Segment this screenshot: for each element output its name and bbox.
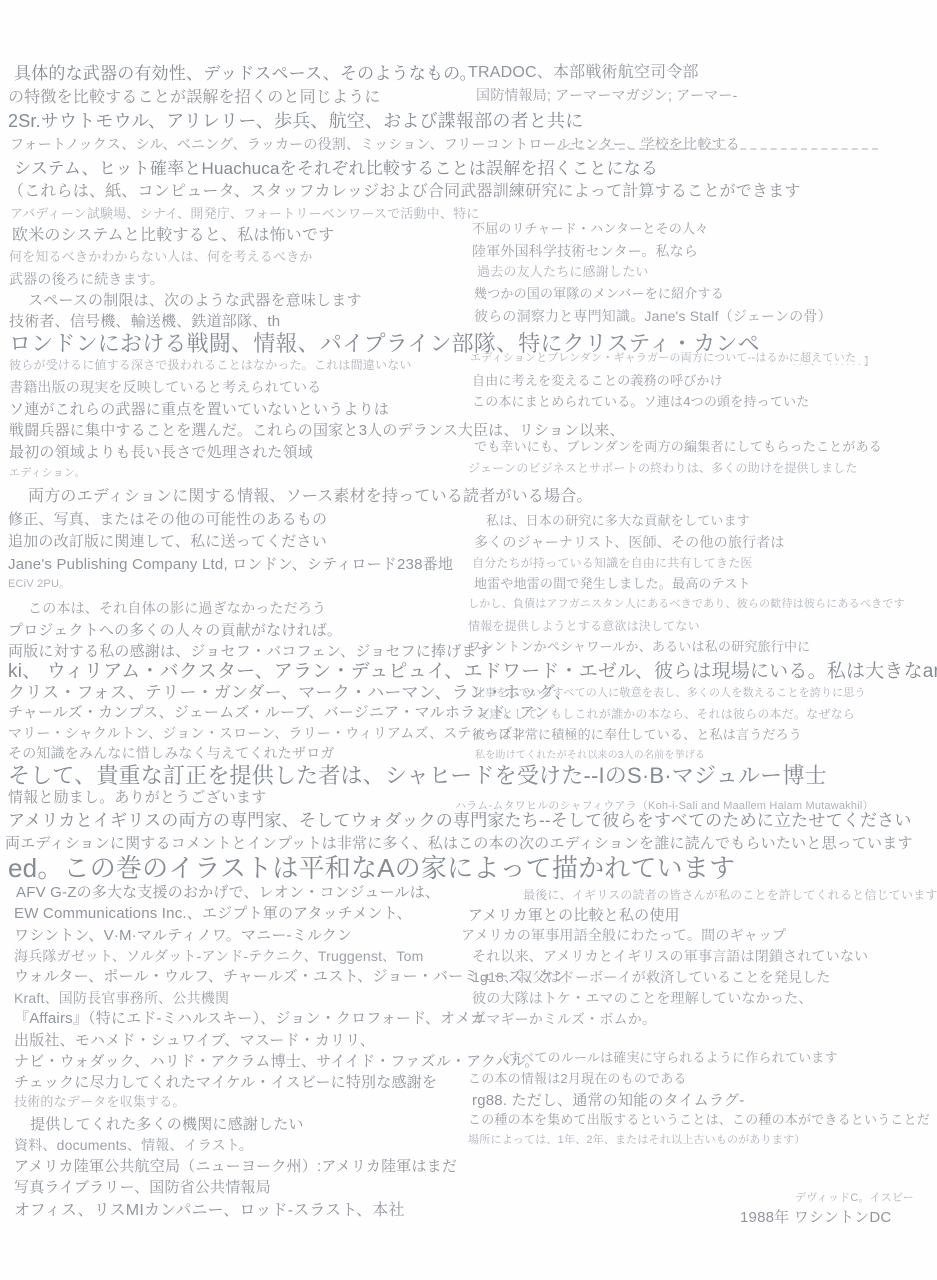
- text-line: 資料、documents、情報、イラスト。: [14, 1137, 253, 1153]
- text-line: 幾つかの国の軍隊のメンバーをに紹介する: [474, 287, 724, 302]
- text-line: アメリカ軍との比較と私の使用: [468, 907, 680, 924]
- text-line: プロジェクトへの多くの人々の貢献がなければ。: [8, 622, 342, 639]
- text-line: TRADOC、本部戦術航空司令部: [468, 64, 699, 82]
- text-line: 何を知るべきかわからない人は、何を考えるべきか: [9, 250, 313, 265]
- text-line: チェックに尽力してくれたマイケル・イスビーに特別な感謝を: [14, 1074, 437, 1091]
- text-line: 両エディションに関するコメントとインプットは非常に多く、私はこの本の次のエディシ…: [5, 835, 913, 852]
- text-line: 技術的なデータを収集する。: [14, 1095, 186, 1110]
- text-line: この本にまとめられている。ソ連は4つの頭を持っていた: [472, 395, 809, 410]
- text-line: 仕事をしているすべての人に敬意を表し、多くの人を数えることを誇りに思う: [474, 687, 866, 700]
- text-line: 情報を提供しようとする意欲は決してない: [468, 620, 700, 634]
- text-line: 欧米のシステムと比較すると、私は怖いです: [12, 227, 334, 245]
- text-line: 私は、日本の研究に多大な貢献をしています: [486, 514, 750, 529]
- text-line: 具体的な武器の有効性、デッドスペース、そのようなもの。: [14, 64, 477, 84]
- text-line: その知識をみんなに惜しみなく与えてくれたザロガ: [8, 745, 335, 761]
- text-line: 2Sr.サウトモウル、アリレリー、歩兵、航空、および諜報部の者と共に: [8, 111, 583, 132]
- text-line: 追加の改訂版に関連して、私に送ってください: [8, 533, 327, 550]
- text-line: アメリカとイギリスの両方の専門家、そしてウォダックの専門家たち--そして彼らをす…: [8, 811, 912, 831]
- text-line: 提供してくれた多くの機関に感謝したい: [30, 1116, 304, 1133]
- text-line: 最初の領域よりも長い長さで処理された領域: [9, 444, 313, 461]
- text-line: Kraft、国防長官事務所、公共機関: [14, 990, 229, 1006]
- text-line: 過去の友人たちに感謝したい: [477, 265, 649, 280]
- text-line: アメリカ陸軍公共航空局（ニューヨーク州）:アメリカ陸軍はまだ: [14, 1158, 457, 1175]
- text-line: 彼らは非常に積極的に奉仕している、と私は言うだろう: [472, 728, 802, 743]
- text-line: 1988年 ワシントンDC: [740, 1209, 891, 1226]
- text-line: ナビ・ウォダック、ハリド・アクラム博士、サイイド・ファズル・アクバル。: [14, 1053, 540, 1070]
- text-line: rg88. ただし、通常の知能のタイムラグ-: [472, 1092, 744, 1109]
- text-line: この本の情報は2月現在のものである: [468, 1072, 687, 1087]
- text-line: 不屈のリチャード・ハンターとその人々: [472, 222, 708, 237]
- text-line: 自分たちが持っている知識を自由に共有してきた医: [472, 557, 753, 571]
- text-line: アメリカの軍事用語全般にわたって。間のギャップ: [461, 927, 786, 943]
- text-line: 海兵隊ガゼット、ソルダット-アンド-テクニク、Truggenst、Tom: [14, 948, 423, 964]
- text-line: それ以来、アメリカとイギリスの軍事言語は閉鎖されていない: [472, 948, 868, 964]
- text-line: 技術者、信号機、輸送機、鉄道部隊、th: [9, 313, 280, 330]
- text-line: （これらは、紙、コンピュータ、スタッフカレッジおよび合同武器訓練研究によって計算…: [8, 183, 801, 201]
- text-line: チャールズ・カンプス、ジェームズ・ルーブ、バージニア・マルホランド、アン: [8, 704, 549, 721]
- text-line: ワシントン、V·M·マルティノワ。マニー-ミルクン: [14, 927, 352, 944]
- text-line: 地雷や地雷の間で発生しました。最高のテスト: [474, 577, 751, 592]
- text-line: 『Affairs』（特にエド-ミハルスキー）、ジョン・クロフォード、オメガ: [14, 1010, 486, 1027]
- scanned-page: 具体的な武器の有効性、デッドスペース、そのようなもの。の特徴を比較することが誤解…: [0, 0, 937, 1280]
- text-line: 国防情報局; アーマーマガジン; アーマー-: [476, 87, 737, 103]
- text-line: しかし、負債はアフガニスタン人にあるべきであり、彼らの歓待は彼らにあるべきです: [468, 598, 905, 611]
- text-line: （すべてのルールは確実に守られるように作られています: [495, 1051, 838, 1066]
- text-line: アバディーン試験場、シナイ、開発庁、フォートリーベンワースで活動中、特に: [10, 207, 479, 222]
- text-line: Jane's Publishing Company Ltd, ロンドン、シティロ…: [8, 556, 453, 573]
- text-line: 最後に、イギリスの読者の皆さんが私のことを許してくれると信じています: [523, 889, 937, 903]
- text-line: の特徴を比較することが誤解を招くのと同じように: [8, 89, 381, 107]
- text-line: 彼らの洞察力と専門知識。Jane's Stalf（ジェーンの骨）: [474, 308, 832, 324]
- text-line: ki、 ウィリアム・バクスター、アラン・デュピュイ、エドワード・エゼル、彼らは現…: [8, 661, 937, 683]
- text-line: 両版に対する私の感謝は、ジョセフ・バコフェン、ジョセフに捧げます: [8, 643, 492, 660]
- text-line: 書籍出版の現実を反映していると考えられている: [9, 379, 321, 395]
- text-line: でも幸いにも、ブレンダンを両方の編集者にしてもらったことがある: [474, 440, 882, 455]
- text-line: エディション。: [9, 467, 85, 480]
- text-line: 修正、写真、またはその他の可能性のあるもの: [8, 511, 327, 528]
- text-line: 場所によっては、1年、2年、またはそれ以上古いものがあります）: [468, 1134, 805, 1147]
- text-line: ソ連がこれらの武器に重点を置いていないというよりは: [9, 401, 389, 418]
- text-line: 陸軍外国科学技術センター。私なら: [472, 243, 698, 259]
- text-line: 多くのジャーナリスト、医師、その他の旅行者は: [474, 534, 785, 550]
- text-line: 情報と励まし。ありがとうございます: [8, 789, 266, 806]
- text-line: 1g18、叔父はドーボーイが救済していることを発見した: [472, 969, 831, 985]
- text-line: この種の本を集めて出版するということは、この種の本ができるということだ: [468, 1113, 930, 1128]
- text-line: そして、貴重な訂正を提供した者は、シャヒードを受けた--IのS·B·マジュルー博…: [8, 763, 827, 788]
- text-line: マリー・シャクルトン、ジョン・スローン、ラリー・ウィリアムズ、スティーブン: [8, 725, 526, 741]
- text-line: 彼の大隊はトケ・エマのことを理解していなかった、: [472, 990, 813, 1006]
- text-line: 写真ライブラリー、国防省公共情報局: [14, 1179, 271, 1196]
- text-line: 私を助けてくれたがそれ以来の3人の名前を挙げる: [475, 750, 705, 762]
- text-line: スペースの制限は、次のような武器を意味します: [28, 292, 362, 309]
- text-line: 戦闘兵器に集中することを選んだ。これらの国家と3人のデランス大臣は、リション以来…: [9, 422, 625, 439]
- text-line: ワシントンかペシャワールか、あるいは私の研究旅行中に: [468, 640, 810, 655]
- text-line: 自由に考えを変えることの義務の呼びかけ: [472, 374, 723, 389]
- text-line: 友達として。もしこれが誰かの本なら、それは彼らの本だ。なぜなら: [477, 708, 855, 722]
- text-line: 彼らが受けるに値する深さで扱われることはなかった。これは間違いない: [9, 359, 412, 373]
- text-line: EW Communications Inc.、エジプト軍のアタッチメント、: [14, 905, 412, 922]
- text-line: ECiV 2PU。: [8, 578, 70, 591]
- text-line: 武器の後ろに続きます。: [9, 271, 164, 287]
- text-line: ed。この巻のイラストは平和なAの家によって描かれています: [8, 854, 735, 884]
- text-line: デヴィッドC。イスビー: [795, 1192, 914, 1205]
- scan-artifact: [558, 148, 878, 150]
- text-line: 両方のエディションに関する情報、ソース素材を持っている読者がいる場合。: [28, 488, 593, 506]
- text-line: システム、ヒット確率とHuachucaをそれぞれ比較することは誤解を招くことにな…: [14, 159, 658, 179]
- text-line: 出版社、モハメド・シュワイブ、マスード・カリリ、: [14, 1032, 375, 1049]
- text-line: オフィス、リスMIカンパニー、ロッド-スラスト、本社: [14, 1202, 405, 1220]
- text-line: ジェーンのビジネスとサポートの終わりは、多くの助けを提供しました: [468, 462, 858, 476]
- scan-artifact: ...、 ......】: [793, 353, 877, 368]
- text-line: この本は、それ自体の影に過ぎなかっただろう: [28, 600, 326, 616]
- text-line: エマギーかミルズ・ボムか。: [472, 1011, 656, 1027]
- text-line: AFV G-Zの多大な支援のおかげで、レオン・コンジュールは、: [16, 884, 440, 901]
